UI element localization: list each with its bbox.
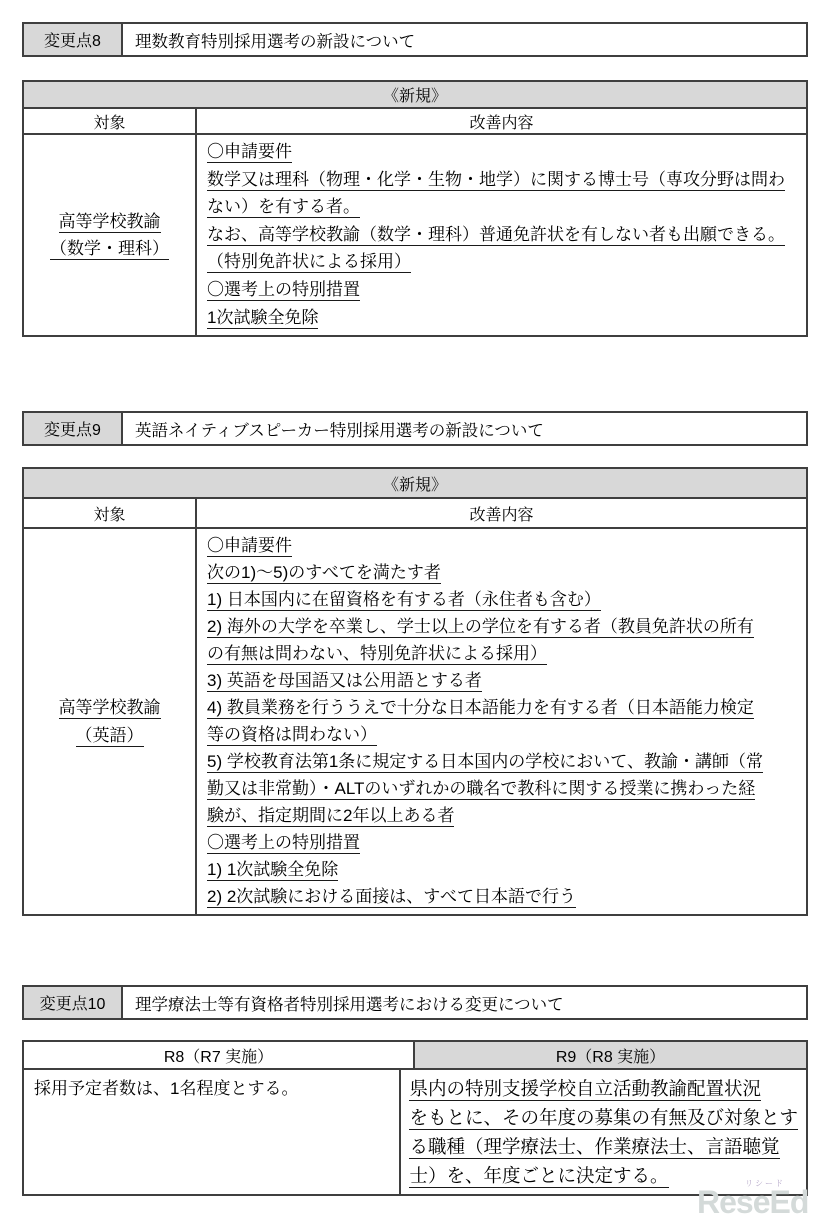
change-point-10-table: R8（R7 実施） R9（R8 実施） 採用予定者数は、1名程度とする。 県内の… (22, 1040, 808, 1196)
text-line: 勤又は非常勤）・ALTのいずれかの職名で教科に関する授業に携わった経 (207, 775, 796, 802)
text-line: 県内の特別支援学校自立活動教諭配置状況 (409, 1074, 798, 1103)
text-line: 〇申請要件 (207, 138, 796, 166)
change-point-9-heading: 変更点9 英語ネイティブスピーカー特別採用選考の新設について (22, 411, 808, 446)
table-status-header: 《新規》 (24, 82, 806, 109)
target-cell: 高等学校教諭（英語） (24, 529, 197, 914)
content-cell: 〇申請要件数学又は理科（物理・化学・生物・地学）に関する博士号（専攻分野は問わな… (197, 135, 806, 335)
text-line: 高等学校教諭 (59, 208, 161, 236)
text-line: 数学又は理科（物理・化学・生物・地学）に関する博士号（専攻分野は問わ (207, 166, 796, 194)
text-line: ない）を有する者。 (207, 193, 796, 221)
table-body-row: 高等学校教諭（数学・理科） 〇申請要件数学又は理科（物理・化学・生物・地学）に関… (24, 135, 806, 335)
text-line: （英語） (76, 722, 144, 750)
table-column-headers: 対象 改善内容 (24, 499, 806, 529)
text-line: 〇選考上の特別措置 (207, 829, 796, 856)
text-line: の有無は問わない、特別免許状による採用） (207, 640, 796, 667)
content-cell: 〇申請要件次の1)～5)のすべてを満たす者1) 日本国内に在留資格を有する者（永… (197, 529, 806, 914)
change-point-8-title: 理数教育特別採用選考の新設について (123, 24, 806, 55)
change-point-10-heading: 変更点10 理学療法士等有資格者特別採用選考における変更について (22, 985, 808, 1020)
text-line: 高等学校教諭 (59, 694, 161, 722)
target-column-header: 対象 (24, 499, 197, 527)
text-line: 1) 日本国内に在留資格を有する者（永住者も含む） (207, 586, 796, 613)
table-column-headers: 対象 改善内容 (24, 109, 806, 135)
comparison-table-headers: R8（R7 実施） R9（R8 実施） (24, 1042, 806, 1070)
text-line: 2) 海外の大学を卒業し、学士以上の学位を有する者（教員免許状の所有 (207, 613, 796, 640)
table-status-header: 《新規》 (24, 469, 806, 499)
text-line: （特別免許状による採用） (207, 248, 796, 276)
text-line: （数学・理科） (50, 235, 169, 263)
text-line: 1次試験全免除 (207, 304, 796, 332)
before-cell: 採用予定者数は、1名程度とする。 (24, 1070, 401, 1194)
target-column-header: 対象 (24, 109, 197, 133)
text-line: 験が、指定期間に2年以上ある者 (207, 802, 796, 829)
change-point-8-table: 《新規》 対象 改善内容 高等学校教諭（数学・理科） 〇申請要件数学又は理科（物… (22, 80, 808, 337)
text-line: 採用予定者数は、1名程度とする。 (34, 1075, 389, 1103)
text-line: 士）を、年度ごとに決定する。 (409, 1161, 798, 1190)
text-line: 等の資格は問わない） (207, 721, 796, 748)
text-line: なお、高等学校教諭（数学・理科）普通免許状を有しない者も出願できる。 (207, 221, 796, 249)
change-point-9-label: 変更点9 (24, 413, 123, 444)
before-column-header: R8（R7 実施） (24, 1042, 415, 1068)
text-line: 3) 英語を母国語又は公用語とする者 (207, 667, 796, 694)
table-body-row: 高等学校教諭（英語） 〇申請要件次の1)～5)のすべてを満たす者1) 日本国内に… (24, 529, 806, 914)
content-column-header: 改善内容 (197, 499, 806, 527)
change-point-10-label: 変更点10 (24, 987, 123, 1018)
change-point-9-table: 《新規》 対象 改善内容 高等学校教諭（英語） 〇申請要件次の1)～5)のすべて… (22, 467, 808, 916)
change-point-9-title: 英語ネイティブスピーカー特別採用選考の新設について (123, 413, 806, 444)
text-line: 1) 1次試験全免除 (207, 856, 796, 883)
text-line: 4) 教員業務を行ううえで十分な日本語能力を有する者（日本語能力検定 (207, 694, 796, 721)
content-column-header: 改善内容 (197, 109, 806, 133)
text-line: 2) 2次試験における面接は、すべて日本語で行う (207, 883, 796, 910)
target-cell: 高等学校教諭（数学・理科） (24, 135, 197, 335)
document-page: 変更点8 理数教育特別採用選考の新設について 《新規》 対象 改善内容 高等学校… (0, 0, 826, 1216)
comparison-table-body: 採用予定者数は、1名程度とする。 県内の特別支援学校自立活動教諭配置状況をもとに… (24, 1070, 806, 1194)
after-cell: 県内の特別支援学校自立活動教諭配置状況をもとに、その年度の募集の有無及び対象とす… (401, 1070, 806, 1194)
change-point-10-title: 理学療法士等有資格者特別採用選考における変更について (123, 987, 806, 1018)
text-line: る職種（理学療法士、作業療法士、言語聴覚 (409, 1132, 798, 1161)
text-line: 5) 学校教育法第1条に規定する日本国内の学校において、教諭・講師（常 (207, 748, 796, 775)
change-point-8-label: 変更点8 (24, 24, 123, 55)
text-line: をもとに、その年度の募集の有無及び対象とす (409, 1103, 798, 1132)
change-point-8-heading: 変更点8 理数教育特別採用選考の新設について (22, 22, 808, 57)
text-line: 〇選考上の特別措置 (207, 276, 796, 304)
after-column-header: R9（R8 実施） (415, 1042, 806, 1068)
text-line: 〇申請要件 (207, 532, 796, 559)
text-line: 次の1)～5)のすべてを満たす者 (207, 559, 796, 586)
